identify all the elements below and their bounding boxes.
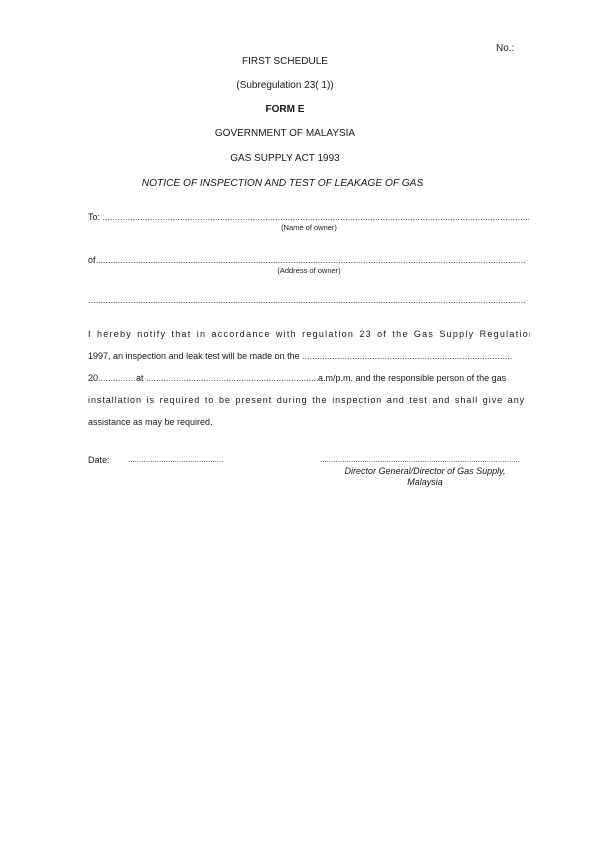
- body-line-4: installation is required to be present d…: [88, 389, 530, 411]
- form-number-label: No.:: [496, 43, 514, 54]
- owner-name-field[interactable]: To: ....................................…: [88, 212, 530, 222]
- at-label: at: [136, 373, 144, 383]
- owner-address-line2-field[interactable]: ........................................…: [88, 295, 530, 305]
- year-input[interactable]: ........................................…: [98, 367, 136, 389]
- owner-address-caption: (Address of owner): [88, 266, 530, 275]
- body-line-3-suffix: a.m/p.m. and the responsible person of t…: [318, 373, 506, 383]
- of-label: of: [88, 255, 96, 265]
- body-line-2-text: 1997, an inspection and leak test will b…: [88, 351, 300, 361]
- notice-body: I hereby notify that in accordance with …: [88, 323, 530, 433]
- body-line-3: 20......................................…: [88, 367, 530, 389]
- signatory-title: Director General/Director of Gas Supply,…: [300, 466, 550, 488]
- date-label: Date:: [88, 455, 110, 465]
- signature-input[interactable]: ........................................…: [320, 455, 520, 464]
- signatory-line-2: Malaysia: [300, 477, 550, 488]
- schedule-heading: FIRST SCHEDULE: [0, 56, 570, 67]
- act-heading: GAS SUPPLY ACT 1993: [0, 153, 570, 164]
- form-heading: FORM E: [0, 104, 570, 115]
- owner-name-caption: (Name of owner): [88, 223, 530, 232]
- owner-address-line2-input[interactable]: ........................................…: [88, 295, 526, 305]
- body-line-5: assistance as may be required.: [88, 411, 530, 433]
- owner-address-field[interactable]: of......................................…: [88, 255, 530, 265]
- signatory-line-1: Director General/Director of Gas Supply,: [300, 466, 550, 477]
- body-line-1: I hereby notify that in accordance with …: [88, 323, 530, 345]
- body-line-2: 1997, an inspection and leak test will b…: [88, 345, 530, 367]
- government-heading: GOVERNMENT OF MALAYSIA: [0, 128, 570, 139]
- owner-name-input[interactable]: ........................................…: [103, 212, 529, 222]
- inspection-date-input[interactable]: ........................................…: [302, 345, 512, 367]
- year-prefix: 20: [88, 373, 98, 383]
- subregulation-heading: (Subregulation 23( 1)): [0, 80, 570, 91]
- date-input[interactable]: ........................................…: [128, 455, 224, 464]
- to-label: To:: [88, 212, 100, 222]
- owner-address-input[interactable]: ........................................…: [96, 255, 526, 265]
- inspection-time-input[interactable]: ........................................…: [146, 367, 318, 389]
- notice-title: NOTICE OF INSPECTION AND TEST OF LEAKAGE…: [10, 178, 555, 189]
